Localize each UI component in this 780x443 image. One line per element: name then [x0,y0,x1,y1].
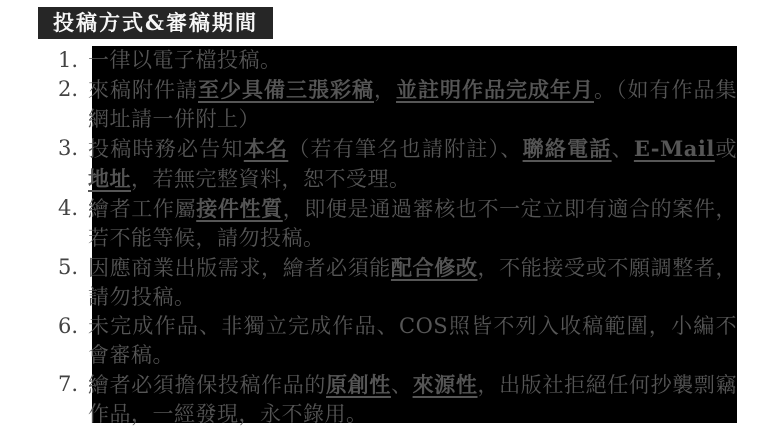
rule-number: 4. [58,194,86,223]
rule-item: 6.未完成作品、非獨立完成作品、COS照皆不列入收稿範圍，小編不會審稿。 [58,312,737,370]
rule-text-segment: 因應商業出版需求，繪者必須能 [88,256,391,280]
rule-emphasis: 聯絡電話 [523,136,612,161]
notice-page: 投稿方式&審稿期間 1.一律以電子檔投稿。2.來稿附件請至少具備三張彩稿，並註明… [0,0,780,443]
rule-item: 2.來稿附件請至少具備三張彩稿，並註明作品完成年月。（如有作品集網址請一併附上） [58,75,737,134]
rule-text-segment: 繪者必須擔保投稿作品的 [88,373,326,397]
rule-text: 繪者必須擔保投稿作品的原創性、來源性，出版社拒絕任何抄襲剽竊作品，一經發現，永不… [88,373,737,426]
rule-text: 未完成作品、非獨立完成作品、COS照皆不列入收稿範圍，小編不會審稿。 [88,314,737,367]
rule-text-segment: ， [374,78,396,102]
rule-text-segment: 來稿附件請 [88,78,198,102]
rules-list: 1.一律以電子檔投稿。2.來稿附件請至少具備三張彩稿，並註明作品完成年月。（如有… [58,46,737,429]
rule-emphasis: 配合修改 [391,255,478,280]
rule-emphasis: 地址 [88,166,131,191]
rule-emphasis: 接件性質 [196,196,283,221]
rule-number: 6. [58,312,86,341]
rule-item: 7.繪者必須擔保投稿作品的原創性、來源性，出版社拒絕任何抄襲剽竊作品，一經發現，… [58,370,737,429]
rule-emphasis: E-Mail [634,136,715,161]
rule-emphasis: 來源性 [413,372,478,397]
rule-text-segment: 投稿時務必告知 [88,137,244,161]
rule-text-segment: 、 [612,137,634,161]
rule-text: 因應商業出版需求，繪者必須能配合修改，不能接受或不願調整者，請勿投稿。 [88,256,737,309]
rule-text-segment: 或 [715,137,737,161]
rule-number: 5. [58,253,86,282]
rule-text-segment: 一律以電子檔投稿。 [88,48,282,72]
rule-item: 4.繪者工作屬接件性質，即便是通過審核也不一定立即有適合的案件，若不能等候，請勿… [58,194,737,253]
rule-text: 來稿附件請至少具備三張彩稿，並註明作品完成年月。（如有作品集網址請一併附上） [88,78,737,131]
section-header-title: 投稿方式&審稿期間 [53,10,258,35]
rule-emphasis: 原創性 [326,372,391,397]
rule-text-segment: 未完成作品、非獨立完成作品、COS照皆不列入收稿範圍，小編不會審稿。 [88,314,737,367]
rule-item: 3.投稿時務必告知本名（若有筆名也請附註）、聯絡電話、E-Mail或地址，若無完… [58,134,737,194]
rule-text: 繪者工作屬接件性質，即便是通過審核也不一定立即有適合的案件，若不能等候，請勿投稿… [88,197,737,250]
rule-text-segment: （若有筆名也請附註）、 [288,137,522,161]
rule-item: 1.一律以電子檔投稿。 [58,46,737,75]
rule-number: 1. [58,46,86,75]
rule-text-segment: 、 [391,373,413,397]
rule-number: 2. [58,75,86,104]
rule-text: 投稿時務必告知本名（若有筆名也請附註）、聯絡電話、E-Mail或地址，若無完整資… [88,137,737,191]
rule-emphasis: 並註明作品完成年月 [396,77,594,102]
rule-number: 3. [58,134,86,163]
rule-emphasis: 至少具備三張彩稿 [198,77,374,102]
rule-item: 5.因應商業出版需求，繪者必須能配合修改，不能接受或不願調整者，請勿投稿。 [58,253,737,312]
rule-text-segment: ，若無完整資料，恕不受理。 [131,167,411,191]
section-header: 投稿方式&審稿期間 [38,7,273,39]
rule-text-segment: 繪者工作屬 [88,197,196,221]
rule-number: 7. [58,370,86,399]
rule-text: 一律以電子檔投稿。 [88,48,282,72]
rule-emphasis: 本名 [244,136,289,161]
